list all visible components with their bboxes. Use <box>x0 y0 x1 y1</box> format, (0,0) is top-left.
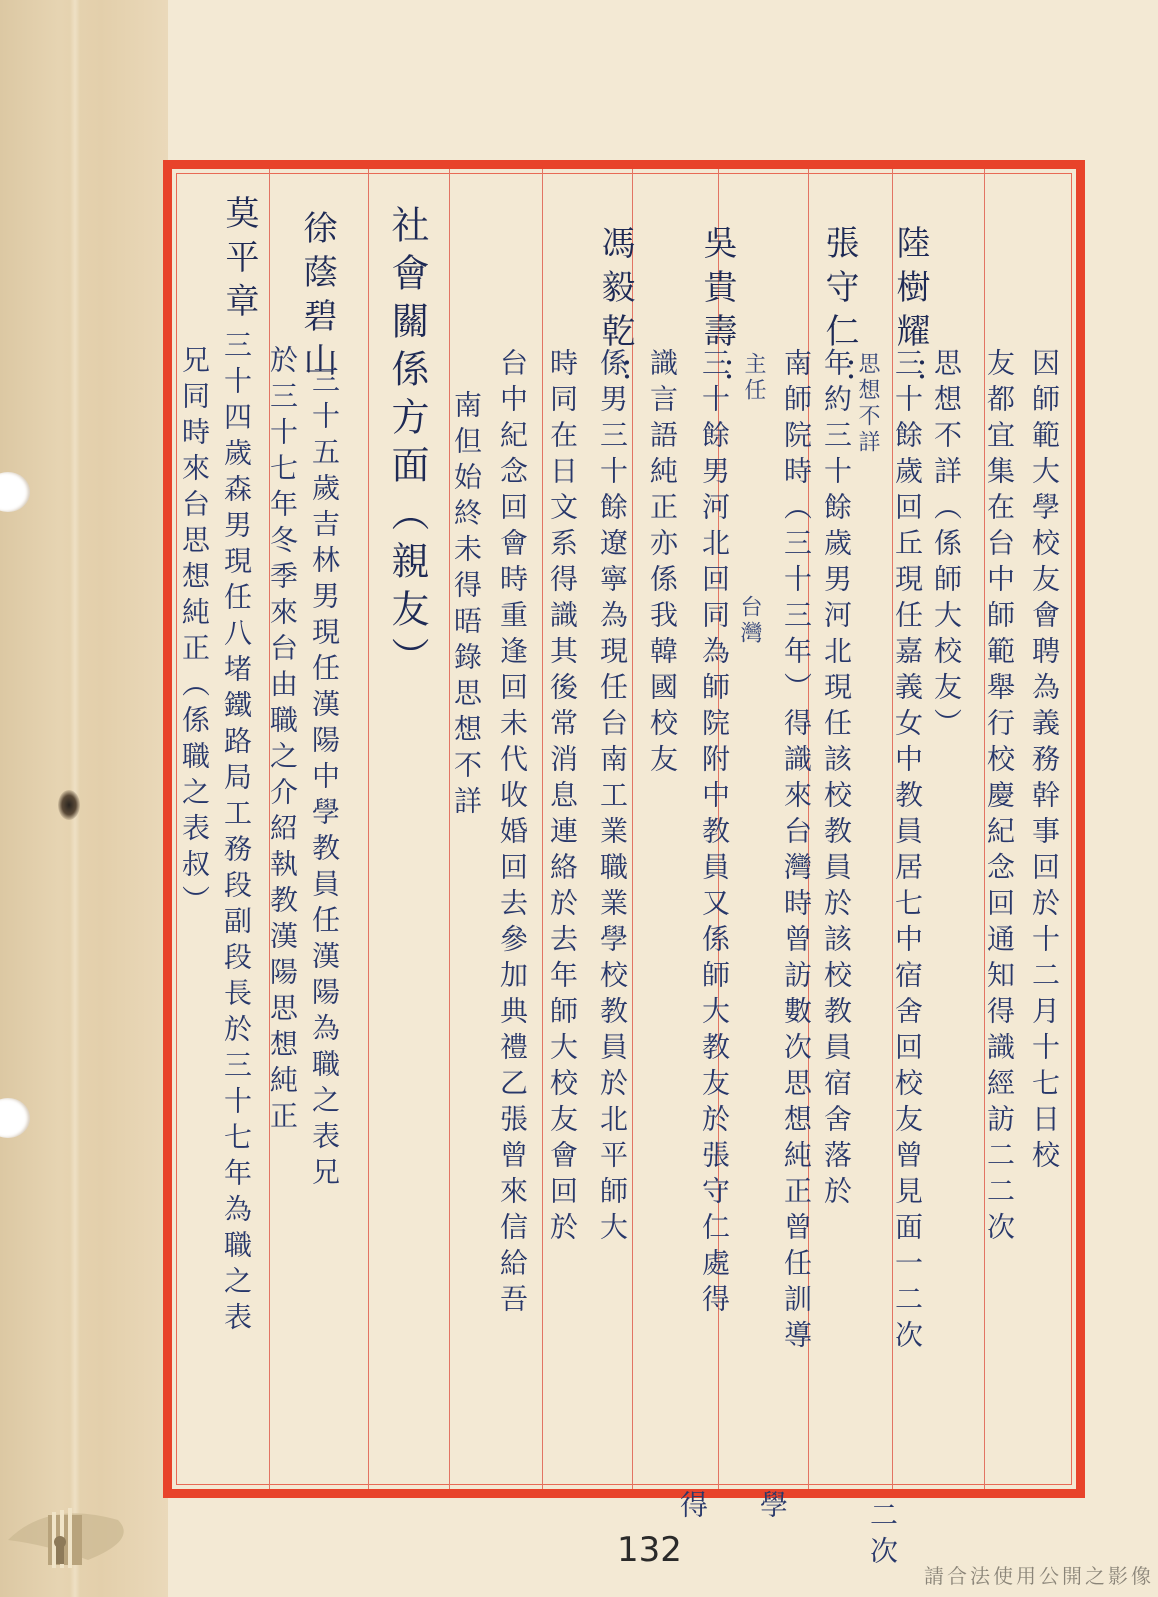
person-name-xu: 徐蔭碧山 <box>300 210 334 386</box>
usage-watermark: 請合法使用公開之影像 <box>924 1560 1154 1589</box>
text-column: 三十餘歲回丘現任嘉義女中教員居七中宿舍回校友曾見面一二次 <box>893 348 921 1356</box>
overflow-text: 得 <box>678 1490 706 1526</box>
text-column: 南但始終未得晤錄思想不詳 <box>452 390 480 822</box>
text-column: 因師範大學校友會聘為義務幹事回於十二月十七日校 <box>1030 348 1058 1176</box>
text-column: 三十五歲吉林男現任漢陽中學教員任漢陽為職之表兄 <box>310 365 338 1193</box>
column-rule <box>368 169 369 1489</box>
text-column: 兄同時來台思想純正（係職之表叔） <box>180 345 208 921</box>
punch-hole-bottom <box>0 1098 30 1138</box>
text-column: 於三十七年冬季來台由職之介紹執教漢陽思想純正 <box>268 345 296 1137</box>
text-column: 年約三十餘歲男河北現任該校教員於該校教員宿舍落於 <box>822 348 850 1212</box>
section-heading-social-relations: 社會關係方面（親友） <box>388 205 426 685</box>
ink-stain <box>58 790 80 820</box>
column-rule <box>449 169 450 1489</box>
text-column: 南師院時（三十三年）得識來台灣時曾訪數次思想純正曾任訓導 <box>782 348 810 1356</box>
text-column: 三十餘男河北回同為師院附中教員又係師大教友於張守仁處得 <box>700 348 728 1320</box>
archive-keyhole-book-logo-icon <box>8 1500 128 1580</box>
page-number: 132 <box>617 1530 682 1570</box>
text-column: 係男三十餘遼寧為現任台南工業職業學校教員於北平師大 <box>598 348 626 1248</box>
text-column: 台中紀念回會時重逢回未代收婚回去參加典禮乙張曾來信給吾 <box>498 348 526 1320</box>
margin-note: 台灣 <box>738 595 760 647</box>
overflow-text: 二次 <box>868 1500 896 1572</box>
overflow-text: 學 <box>758 1490 786 1526</box>
punch-hole-top <box>0 472 30 512</box>
text-column: 識言語純正亦係我韓國校友 <box>648 348 676 780</box>
binding-strip <box>0 0 168 1597</box>
column-rule <box>542 169 543 1489</box>
text-column: 友都宜集在台中師範舉行校慶紀念回通知得識經訪二二次 <box>985 348 1013 1248</box>
text-column: 思想不詳 <box>856 352 878 456</box>
person-name-mo: 莫平章 <box>222 195 256 327</box>
text-column: 思想不詳（係師大校友） <box>932 348 960 744</box>
text-column: 主任 <box>742 352 764 404</box>
text-column: 三十四歲森男現任八堵鐵路局工務段副段長於三十七年為職之表 <box>222 330 250 1338</box>
text-column: 時同在日文系得識其後常消息連絡於去年師大校友會回於 <box>548 348 576 1248</box>
